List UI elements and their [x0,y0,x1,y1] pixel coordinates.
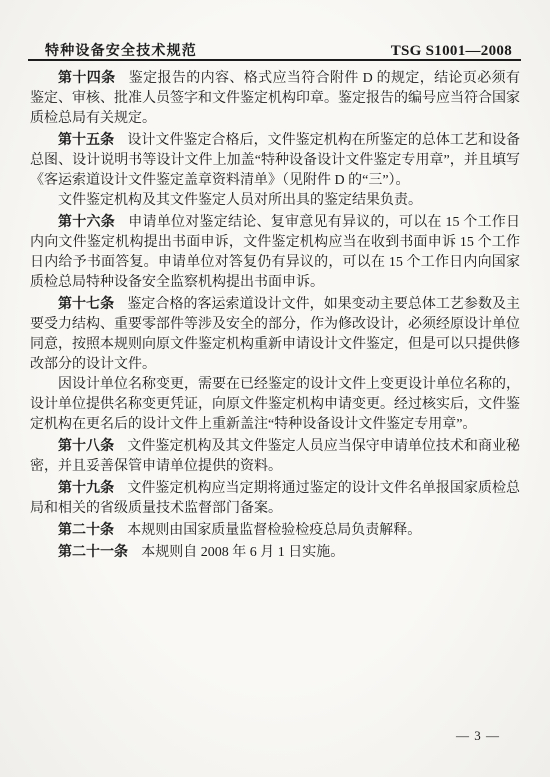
document-footer: — 3 — [456,728,500,744]
article-17-number: 第十七条 [58,295,114,311]
article-20-paragraph: 第二十条本规则由国家质量监督检验检疫总局负责解释。 [30,519,520,541]
article-14-number: 第十四条 [58,69,116,85]
article-19-paragraph: 第十九条文件鉴定机构应当定期将通过鉴定的设计文件名单报国家质检总局和相关的省级质… [30,477,520,519]
article-21-text: 本规则自 2008 年 6 月 1 日实施。 [141,545,344,560]
article-16-paragraph: 第十六条申请单位对鉴定结论、复审意见有异议的，可以在 15 个工作日内向文件鉴定… [30,211,520,293]
article-21-paragraph: 第二十一条本规则自 2008 年 6 月 1 日实施。 [30,541,520,563]
article-18-number: 第十八条 [58,437,114,453]
article-18-paragraph: 第十八条文件鉴定机构及其文件鉴定人员应当保守申请单位技术和商业秘密，并且妥善保管… [30,435,520,477]
article-20-number: 第二十条 [58,521,114,537]
article-15-paragraph: 第十五条设计文件鉴定合格后，文件鉴定机构在所鉴定的总体工艺和设备总图、设计说明书… [30,129,520,191]
header-doc-code: TSG S1001—2008 [391,43,512,60]
name-change-paragraph: 因设计单位名称变更，需要在已经鉴定的设计文件上变更设计单位名称的，设计单位提供名… [30,375,520,435]
name-change-paragraph-text: 因设计单位名称变更，需要在已经鉴定的设计文件上变更设计单位名称的，设计单位提供名… [30,377,520,432]
document-body: 第十四条鉴定报告的内容、格式应当符合附件 D 的规定，结论页必须有鉴定、审核、批… [30,67,520,563]
article-21-number: 第二十一条 [58,543,128,559]
article-17-paragraph: 第十七条鉴定合格的客运索道设计文件，如果变动主要总体工艺参数及主要受力结构、重要… [30,293,520,375]
liability-paragraph: 文件鉴定机构及其文件鉴定人员对所出具的鉴定结果负责。 [30,191,520,211]
article-20-text: 本规则由国家质量监督检验检疫总局负责解释。 [127,523,421,538]
article-19-number: 第十九条 [58,479,114,495]
article-14-paragraph: 第十四条鉴定报告的内容、格式应当符合附件 D 的规定，结论页必须有鉴定、审核、批… [30,67,520,129]
document-header: 特种设备安全技术规范 TSG S1001—2008 [45,40,512,60]
page-number: — 3 — [456,728,500,743]
liability-paragraph-text: 文件鉴定机构及其文件鉴定人员对所出具的鉴定结果负责。 [58,193,422,208]
article-15-number: 第十五条 [58,131,114,147]
header-rule [28,59,521,61]
header-spec-title: 特种设备安全技术规范 [45,40,197,60]
article-16-number: 第十六条 [58,213,115,229]
